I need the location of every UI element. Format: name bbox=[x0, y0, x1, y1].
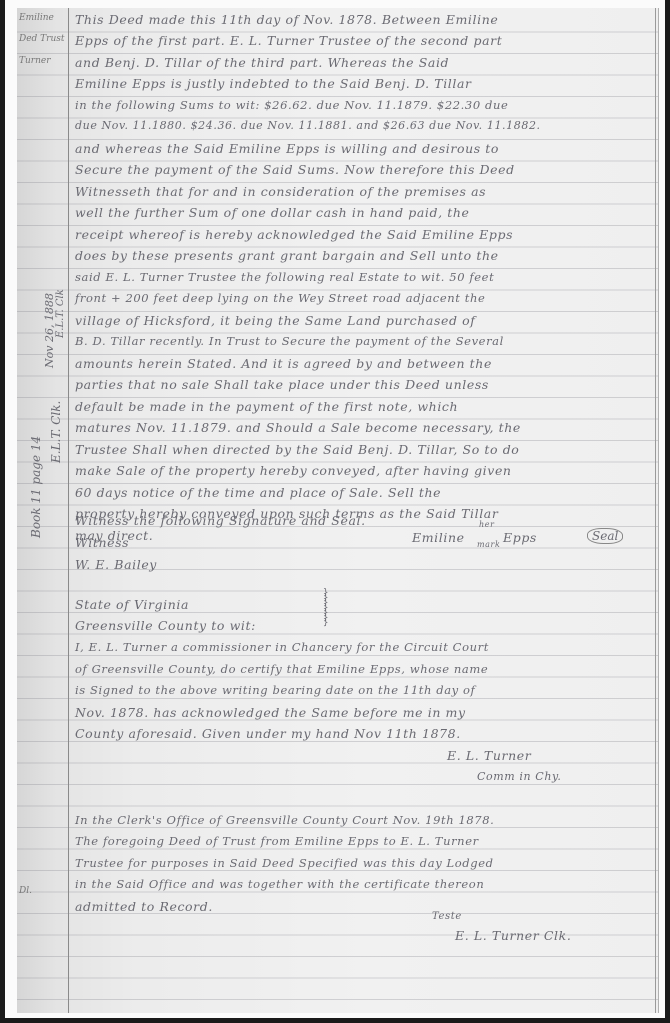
ack-line: County aforesaid. Given under my hand No… bbox=[75, 726, 461, 741]
signature-first-name: Emiline bbox=[412, 530, 465, 545]
margin-note-name: Emiline bbox=[19, 13, 54, 23]
right-rule-inner bbox=[658, 8, 659, 1013]
right-rule bbox=[655, 8, 656, 1013]
margin-rule bbox=[68, 8, 69, 1013]
vertical-clerk-1: E.L.T. Clk bbox=[55, 289, 66, 338]
ack-signer-title: Comm in Chy. bbox=[477, 770, 561, 783]
deed-line: parties that no sale Shall take place un… bbox=[75, 377, 489, 392]
seal-mark: Seal bbox=[587, 528, 623, 544]
page-frame: Emiline Ded Trust Turner Dl. Nov 26, 188… bbox=[5, 0, 665, 1018]
deed-line: Witnesseth that for and in consideration… bbox=[75, 184, 486, 199]
deed-line: front + 200 feet deep lying on the Wey S… bbox=[75, 291, 485, 305]
vertical-clerk-2: E.L.T. Clk. bbox=[49, 401, 63, 463]
deed-line: receipt whereof is hereby acknowledged t… bbox=[75, 227, 513, 242]
witness-label: Witness bbox=[75, 535, 129, 550]
deed-line: Epps of the first part. E. L. Turner Tru… bbox=[75, 33, 502, 48]
deed-line: and whereas the Said Emiline Epps is wil… bbox=[75, 141, 499, 156]
margin-note-type: Ded Trust bbox=[19, 34, 65, 44]
deed-line: well the further Sum of one dollar cash … bbox=[75, 205, 470, 220]
clerk-teste: Teste bbox=[432, 911, 462, 922]
signature-last-name: Epps bbox=[503, 530, 537, 545]
signature-mark-bottom: mark bbox=[477, 540, 500, 549]
deed-line: Trustee Shall when directed by the Said … bbox=[75, 442, 519, 457]
vertical-book-page: Book 11 page 14 bbox=[29, 436, 43, 538]
ack-line: is Signed to the above writing bearing d… bbox=[75, 683, 475, 697]
ack-county: Greensville County to wit: bbox=[75, 618, 256, 633]
ack-line: Nov. 1878. has acknowledged the Same bef… bbox=[75, 705, 466, 720]
deed-line: said E. L. Turner Trustee the following … bbox=[75, 270, 494, 284]
deed-line: due Nov. 11.1880. $24.36. due Nov. 11.18… bbox=[75, 119, 541, 132]
deed-line: 60 days notice of the time and place of … bbox=[75, 485, 441, 500]
deed-line: Secure the payment of the Said Sums. Now… bbox=[75, 162, 515, 177]
ack-line: I, E. L. Turner a commissioner in Chance… bbox=[75, 640, 489, 654]
witness-name: W. E. Bailey bbox=[75, 557, 157, 572]
deed-line: matures Nov. 11.1879. and Should a Sale … bbox=[75, 420, 521, 435]
clerk-line: In the Clerk's Office of Greensville Cou… bbox=[75, 813, 494, 827]
ack-state: State of Virginia bbox=[75, 597, 189, 612]
clerk-line: admitted to Record. bbox=[75, 899, 213, 914]
deed-line: make Sale of the property hereby conveye… bbox=[75, 463, 512, 478]
clerk-signer: E. L. Turner Clk. bbox=[455, 928, 571, 943]
clerk-line: in the Said Office and was together with… bbox=[75, 877, 484, 891]
ack-signer: E. L. Turner bbox=[447, 748, 531, 763]
ledger-page: Emiline Ded Trust Turner Dl. Nov 26, 188… bbox=[17, 8, 659, 1013]
margin-note-bottom: Dl. bbox=[19, 886, 32, 896]
clerk-line: The foregoing Deed of Trust from Emiline… bbox=[75, 834, 479, 848]
deed-line: This Deed made this 11th day of Nov. 187… bbox=[75, 12, 498, 27]
brace-mark: }}}}}}} bbox=[323, 591, 328, 626]
deed-line: in the following Sums to wit: $26.62. du… bbox=[75, 98, 508, 112]
ack-line: of Greensville County, do certify that E… bbox=[75, 662, 488, 676]
witness-clause: Witness the following Signature and Seal… bbox=[75, 513, 366, 528]
deed-line: Emiline Epps is justly indebted to the S… bbox=[75, 76, 472, 91]
margin-note-trustee: Turner bbox=[19, 56, 51, 66]
deed-line: B. D. Tillar recently. In Trust to Secur… bbox=[75, 334, 504, 348]
deed-line: and Benj. D. Tillar of the third part. W… bbox=[75, 55, 449, 70]
signature-mark-top: her bbox=[479, 520, 495, 529]
deed-line: village of Hicksford, it being the Same … bbox=[75, 313, 476, 328]
clerk-line: Trustee for purposes in Said Deed Specif… bbox=[75, 856, 494, 870]
deed-line: does by these presents grant grant barga… bbox=[75, 248, 499, 263]
deed-line: amounts herein Stated. And it is agreed … bbox=[75, 356, 492, 371]
deed-line: default be made in the payment of the fi… bbox=[75, 399, 458, 414]
